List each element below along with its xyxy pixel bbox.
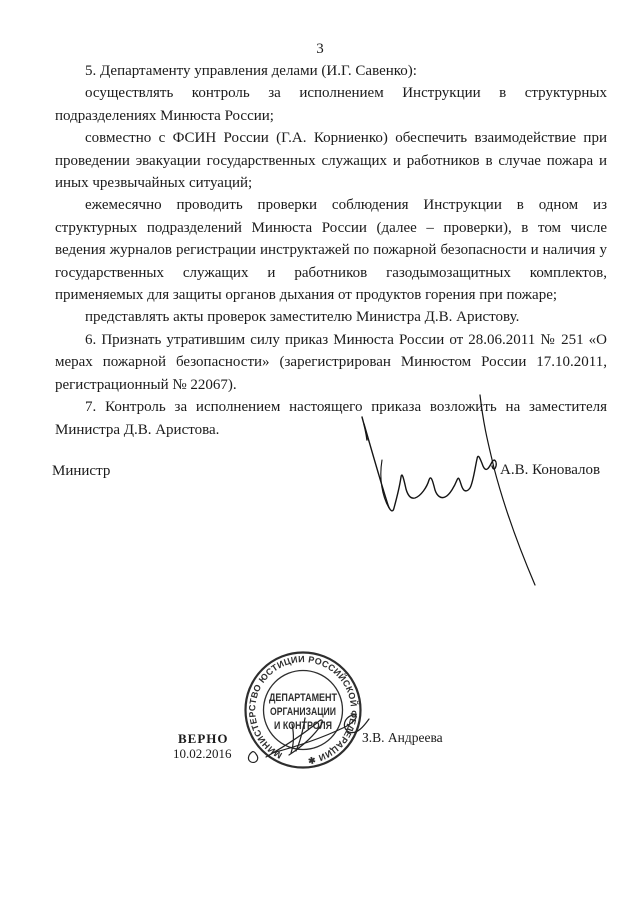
signature-diagonal-stroke xyxy=(480,395,535,585)
signature-main-stroke xyxy=(364,424,496,511)
official-stamp: МИНИСТЕРСТВО ЮСТИЦИИ РОССИЙСКОЙ ФЕДЕРАЦИ… xyxy=(246,653,370,768)
graphics-overlay: МИНИСТЕРСТВО ЮСТИЦИИ РОССИЙСКОЙ ФЕДЕРАЦИ… xyxy=(0,0,640,905)
signature-tick-stroke xyxy=(362,417,367,440)
document-page: 3 5. Департаменту управления делами (И.Г… xyxy=(0,0,640,905)
stamp-center-line-2: ОРГАНИЗАЦИИ xyxy=(270,706,336,718)
minister-signature-ink xyxy=(362,395,535,585)
stamp-center-line-1: ДЕПАРТАМЕНТ xyxy=(269,692,337,704)
